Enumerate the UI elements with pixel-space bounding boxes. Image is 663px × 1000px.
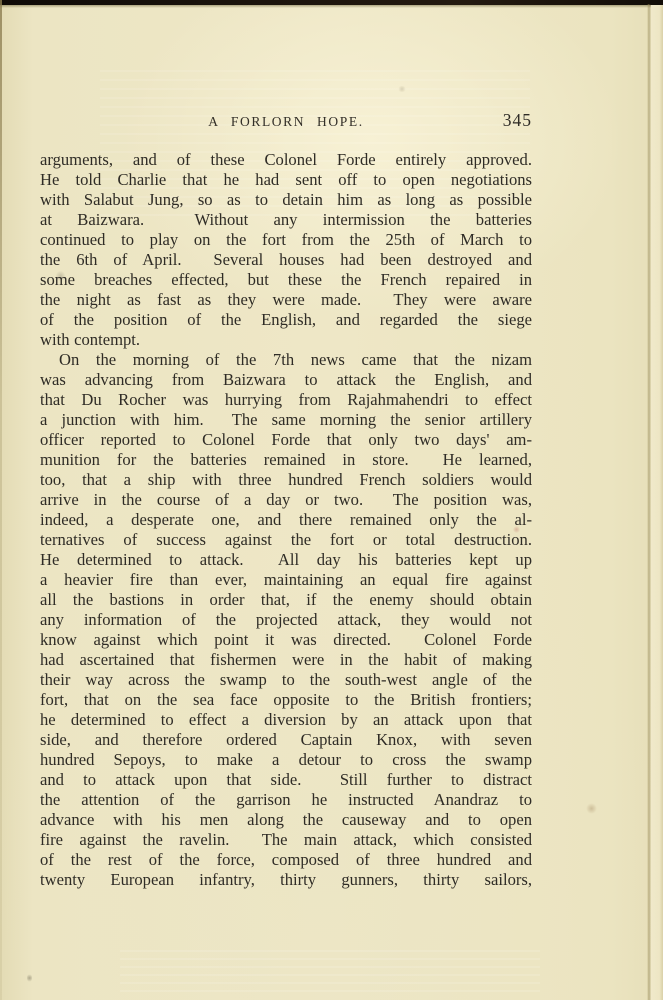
text-line: munition for the batteries remained in s…	[40, 450, 532, 470]
text-line: On the morning of the 7th news came that…	[40, 350, 532, 370]
text-line: was advancing from Baizwara to attack th…	[40, 370, 532, 390]
page-crease	[647, 4, 651, 1000]
text-block: arguments, and of these Colonel Forde en…	[40, 150, 532, 890]
scan-streaks	[120, 950, 540, 995]
book-page-scan: A FORLORN HOPE. 345 arguments, and of th…	[0, 0, 663, 1000]
scan-left-edge	[0, 0, 2, 1000]
page-title: A FORLORN HOPE.	[40, 112, 532, 132]
page-number: 345	[503, 110, 532, 130]
text-line: arrive in the course of a day or two. Th…	[40, 490, 532, 510]
text-line: He determined to attack. All day his bat…	[40, 550, 532, 570]
text-line: fort, that on the sea face opposite to t…	[40, 690, 532, 710]
paragraph: On the morning of the 7th news came that…	[40, 350, 532, 890]
text-line: indeed, a desperate one, and there remai…	[40, 510, 532, 530]
text-line: the 6th of April. Several houses had bee…	[40, 250, 532, 270]
text-line: advance with his men along the causeway …	[40, 810, 532, 830]
text-line: that Du Rocher was hurrying from Rajahma…	[40, 390, 532, 410]
paper-speck	[27, 974, 32, 982]
page-edge-strip	[651, 5, 663, 1000]
text-line: at Baizwara. Without any intermission th…	[40, 210, 532, 230]
text-line: with contempt.	[40, 330, 532, 350]
text-line: some breaches effected, but these the Fr…	[40, 270, 532, 290]
text-line: twenty European infantry, thirty gunners…	[40, 870, 532, 890]
text-line: officer reported to Colonel Forde that o…	[40, 430, 532, 450]
paper-speck	[398, 86, 406, 92]
running-head: A FORLORN HOPE. 345	[40, 112, 532, 132]
paper-speck	[586, 803, 597, 814]
text-line: he determined to effect a diversion by a…	[40, 710, 532, 730]
text-line: ternatives of success against the fort o…	[40, 530, 532, 550]
text-line: with Salabut Jung, so as to detain him a…	[40, 190, 532, 210]
text-line: He told Charlie that he had sent off to …	[40, 170, 532, 190]
text-line: fire against the ravelin. The main attac…	[40, 830, 532, 850]
text-line: a junction with him. The same morning th…	[40, 410, 532, 430]
text-line: of the rest of the force, composed of th…	[40, 850, 532, 870]
scan-top-edge-shadow	[0, 5, 663, 8]
text-line: side, and therefore ordered Captain Knox…	[40, 730, 532, 750]
text-line: continued to play on the fort from the 2…	[40, 230, 532, 250]
text-line: a heavier fire than ever, maintaining an…	[40, 570, 532, 590]
text-line: their way across the swamp to the south-…	[40, 670, 532, 690]
text-line: too, that a ship with three hundred Fren…	[40, 470, 532, 490]
text-line: all the bastions in order that, if the e…	[40, 590, 532, 610]
text-line: the attention of the garrison he instruc…	[40, 790, 532, 810]
text-line: the night as fast as they were made. The…	[40, 290, 532, 310]
text-line: had ascertained that fishermen were in t…	[40, 650, 532, 670]
text-line: know against which point it was directed…	[40, 630, 532, 650]
text-line: hundred Sepoys, to make a detour to cros…	[40, 750, 532, 770]
text-line: and to attack upon that side. Still furt…	[40, 770, 532, 790]
text-line: of the position of the English, and rega…	[40, 310, 532, 330]
paragraph: arguments, and of these Colonel Forde en…	[40, 150, 532, 350]
text-line: arguments, and of these Colonel Forde en…	[40, 150, 532, 170]
text-line: any information of the projected attack,…	[40, 610, 532, 630]
